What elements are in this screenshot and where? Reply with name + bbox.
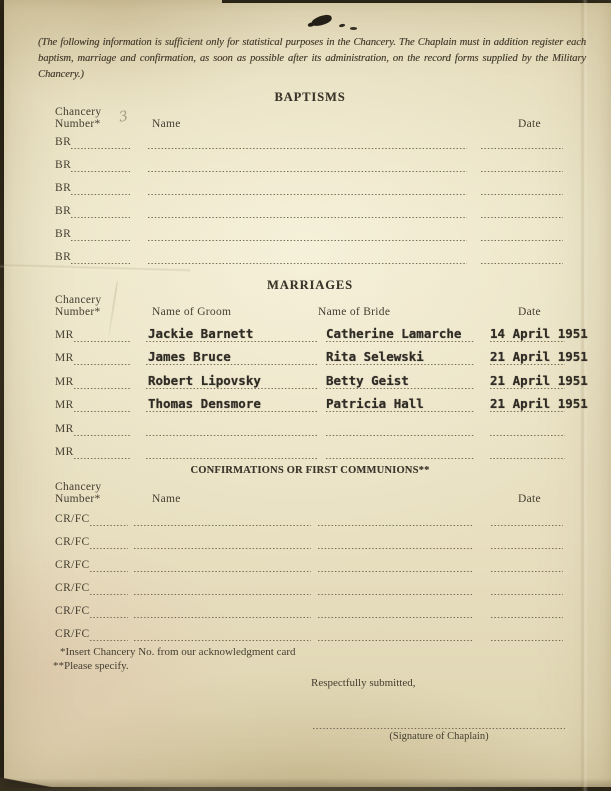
date-field: 14 April 1951	[490, 318, 565, 342]
chancery-number-field: MR	[55, 389, 130, 413]
name-field	[148, 126, 467, 149]
name-field	[148, 218, 467, 241]
row-prefix: CR/FC	[55, 605, 90, 618]
marriage-row: MR Robert Lipovsky Betty Geist 21 April …	[55, 365, 565, 389]
date-field	[491, 549, 563, 572]
date-field	[481, 172, 563, 195]
row-prefix: BR	[55, 228, 71, 241]
date-field	[481, 149, 563, 172]
date-field	[491, 618, 563, 641]
scanned-form-page: 3 (The following information is sufficie…	[0, 0, 611, 791]
signature-line	[313, 709, 565, 729]
date-field	[491, 503, 563, 526]
section-baptisms: BAPTISMS Chancery Number* Name Date BR B…	[55, 90, 565, 266]
column-header-date: Date	[518, 306, 541, 318]
scan-edge-left	[0, 0, 4, 791]
chancery-number-field: MR	[55, 342, 130, 366]
bride-name-field: Patricia Hall	[326, 389, 474, 413]
name-field	[134, 549, 311, 572]
row-prefix: MR	[55, 399, 74, 412]
bride-name-field	[326, 436, 474, 460]
marriage-date-value: 21 April 1951	[490, 374, 588, 389]
bride-name-value: Catherine Lamarche	[326, 327, 461, 342]
groom-name-field	[146, 436, 318, 460]
section-marriages: MARRIAGES Chancery Number* Name of Groom…	[55, 278, 565, 462]
bride-name-field: Betty Geist	[326, 365, 474, 389]
chancery-number-field: CR/FC	[55, 503, 128, 526]
row-prefix: BR	[55, 159, 71, 172]
chancery-number-line	[71, 172, 130, 195]
chancery-number-field: BR	[55, 241, 130, 264]
date-field	[481, 126, 563, 149]
chancery-number-field: BR	[55, 126, 130, 149]
scan-edge-top	[222, 0, 611, 3]
ink-blot	[310, 14, 333, 28]
row-prefix: CR/FC	[55, 582, 90, 595]
name-field-2	[318, 526, 473, 549]
name-field	[148, 241, 467, 264]
ink-speck	[350, 27, 357, 30]
marriage-row: MR Thomas Densmore Patricia Hall 21 Apri…	[55, 389, 565, 413]
ink-speck	[339, 23, 345, 27]
name-field	[148, 172, 467, 195]
baptism-row: BR	[55, 241, 565, 264]
chancery-number-line	[74, 436, 130, 460]
section-confirmations: CONFIRMATIONS OR FIRST COMMUNIONS** Chan…	[55, 465, 565, 645]
baptism-row: BR	[55, 195, 565, 218]
chancery-number-line	[90, 549, 128, 572]
name-field	[148, 149, 467, 172]
chancery-number-line	[74, 318, 130, 342]
bride-name-field: Rita Selewski	[326, 342, 474, 366]
row-prefix: BR	[55, 205, 71, 218]
column-header-groom: Name of Groom	[152, 306, 231, 318]
groom-name-field: Thomas Densmore	[146, 389, 318, 413]
chancery-number-field: CR/FC	[55, 526, 128, 549]
confirmation-row: CR/FC	[55, 572, 565, 595]
row-prefix: MR	[55, 352, 74, 365]
name-field	[134, 595, 311, 618]
row-prefix: BR	[55, 182, 71, 195]
baptism-row: BR	[55, 218, 565, 241]
row-prefix: CR/FC	[55, 628, 90, 641]
chancery-number-field: BR	[55, 149, 130, 172]
row-prefix: MR	[55, 446, 74, 459]
bride-name-value: Patricia Hall	[326, 397, 424, 412]
confirmation-row: CR/FC	[55, 618, 565, 641]
chancery-number-line	[74, 412, 130, 436]
marriage-date-value: 21 April 1951	[490, 397, 588, 412]
confirmation-row: CR/FC	[55, 595, 565, 618]
row-prefix: BR	[55, 251, 71, 264]
marriages-rows: MR Jackie Barnett Catherine Lamarche 14 …	[55, 318, 565, 459]
chancery-number-field: MR	[55, 412, 130, 436]
chancery-number-line	[90, 572, 128, 595]
row-prefix: CR/FC	[55, 536, 90, 549]
confirmations-title: CONFIRMATIONS OR FIRST COMMUNIONS**	[55, 465, 565, 476]
marriages-title: MARRIAGES	[55, 278, 565, 293]
groom-name-value: Thomas Densmore	[148, 397, 261, 412]
bride-name-value: Rita Selewski	[326, 350, 424, 365]
confirmation-row: CR/FC	[55, 526, 565, 549]
scan-edge-bottom-shadow	[0, 778, 611, 787]
bride-name-field	[326, 412, 474, 436]
confirmation-row: CR/FC	[55, 549, 565, 572]
column-header-chancery-number: Chancery Number*	[55, 481, 101, 505]
chancery-number-field: CR/FC	[55, 549, 128, 572]
signature-caption: (Signature of Chaplain)	[313, 731, 565, 742]
date-field	[481, 218, 563, 241]
marriage-row: MR	[55, 436, 565, 460]
name-field	[134, 526, 311, 549]
name-field-2	[318, 549, 473, 572]
chancery-number-line	[71, 126, 130, 149]
baptisms-rows: BR BR BR BR BR	[55, 126, 565, 264]
row-prefix: MR	[55, 423, 74, 436]
footnote-chancery-no: *Insert Chancery No. from our acknowledg…	[60, 646, 296, 658]
marriage-date-value: 21 April 1951	[490, 350, 588, 365]
groom-name-field: Jackie Barnett	[146, 318, 318, 342]
chancery-number-field: BR	[55, 218, 130, 241]
chancery-number-field: MR	[55, 365, 130, 389]
chancery-number-line	[71, 195, 130, 218]
chancery-number-line	[71, 218, 130, 241]
marriage-row: MR Jackie Barnett Catherine Lamarche 14 …	[55, 318, 565, 342]
date-field: 21 April 1951	[490, 389, 565, 413]
baptism-row: BR	[55, 172, 565, 195]
marriage-date-value: 14 April 1951	[490, 327, 588, 342]
name-field-2	[318, 618, 473, 641]
footnote-please-specify: **Please specify.	[53, 660, 129, 672]
intro-note: (The following information is sufficient…	[38, 35, 586, 83]
marriage-row: MR James Bruce Rita Selewski 21 April 19…	[55, 342, 565, 366]
row-prefix: CR/FC	[55, 559, 90, 572]
column-header-bride: Name of Bride	[318, 306, 390, 318]
marriage-row: MR	[55, 412, 565, 436]
date-field	[481, 241, 563, 264]
baptism-row: BR	[55, 126, 565, 149]
name-field-2	[318, 572, 473, 595]
name-field	[148, 195, 467, 218]
row-prefix: MR	[55, 329, 74, 342]
column-header-chancery-number: Chancery Number*	[55, 294, 101, 318]
date-field	[491, 595, 563, 618]
chancery-number-field: CR/FC	[55, 618, 128, 641]
groom-name-value: James Bruce	[148, 350, 231, 365]
chancery-number-field: BR	[55, 172, 130, 195]
chancery-number-line	[71, 241, 130, 264]
groom-name-field: James Bruce	[146, 342, 318, 366]
date-field	[490, 412, 565, 436]
groom-name-value: Robert Lipovsky	[148, 374, 261, 389]
chancery-number-field: MR	[55, 436, 130, 460]
confirmation-row: CR/FC	[55, 503, 565, 526]
name-field-2	[318, 503, 473, 526]
groom-name-field	[146, 412, 318, 436]
confirmations-rows: CR/FC CR/FC CR/FC CR/FC	[55, 503, 565, 641]
chancery-number-field: CR/FC	[55, 595, 128, 618]
date-field: 21 April 1951	[490, 365, 565, 389]
bride-name-value: Betty Geist	[326, 374, 409, 389]
name-field-2	[318, 595, 473, 618]
bride-name-field: Catherine Lamarche	[326, 318, 474, 342]
chancery-number-field: MR	[55, 318, 130, 342]
name-field	[134, 503, 311, 526]
chancery-number-field: BR	[55, 195, 130, 218]
chancery-number-line	[90, 618, 128, 641]
row-prefix: BR	[55, 136, 71, 149]
signature-block: (Signature of Chaplain)	[313, 709, 565, 742]
chancery-number-line	[90, 503, 128, 526]
name-field	[134, 618, 311, 641]
chancery-number-line	[71, 149, 130, 172]
date-field	[491, 572, 563, 595]
scan-corner-bottom-left	[0, 776, 64, 788]
name-field	[134, 572, 311, 595]
date-field	[490, 436, 565, 460]
date-field	[491, 526, 563, 549]
chancery-number-line	[74, 342, 130, 366]
chancery-number-line	[90, 595, 128, 618]
groom-name-value: Jackie Barnett	[148, 327, 253, 342]
row-prefix: MR	[55, 376, 74, 389]
chancery-number-field: CR/FC	[55, 572, 128, 595]
respectfully-submitted-text: Respectfully submitted,	[311, 677, 415, 689]
chancery-number-line	[74, 365, 130, 389]
baptism-row: BR	[55, 149, 565, 172]
chancery-number-line	[74, 389, 130, 413]
baptisms-title: BAPTISMS	[55, 90, 565, 105]
chancery-number-line	[90, 526, 128, 549]
scan-edge-bottom	[0, 787, 611, 791]
row-prefix: CR/FC	[55, 513, 90, 526]
date-field	[481, 195, 563, 218]
groom-name-field: Robert Lipovsky	[146, 365, 318, 389]
date-field: 21 April 1951	[490, 342, 565, 366]
